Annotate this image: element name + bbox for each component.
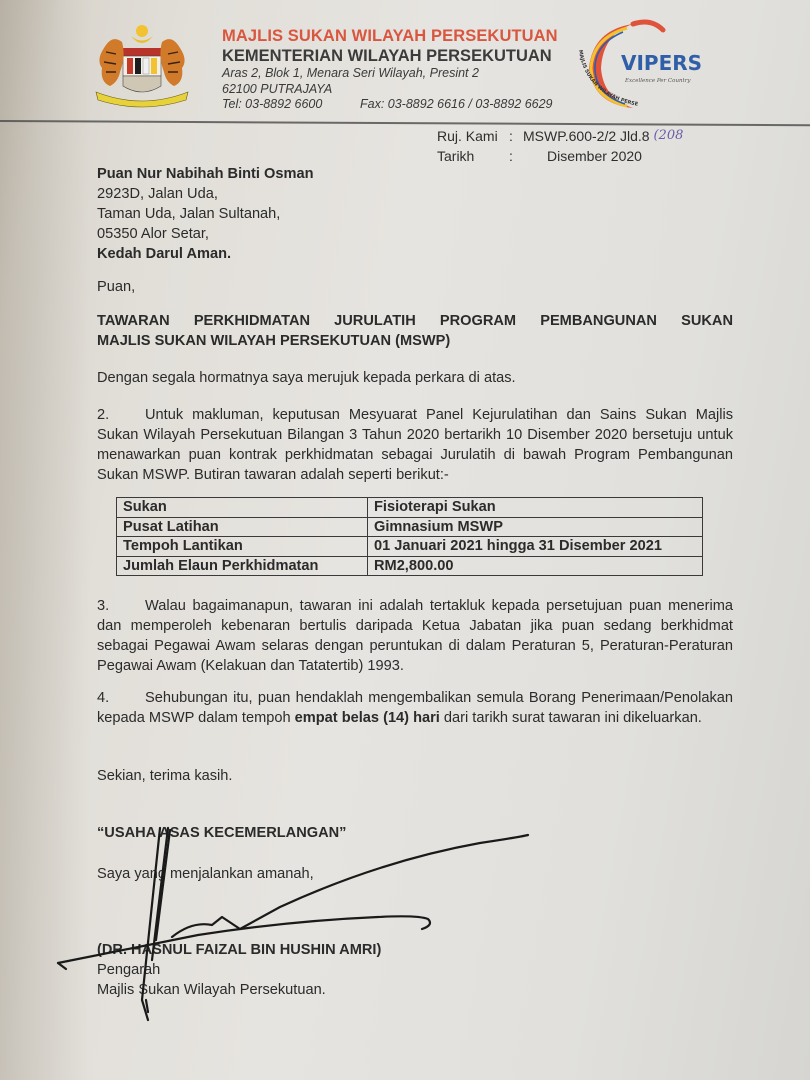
paragraph-number: 3. xyxy=(97,596,145,616)
telephone: Tel: 03-8892 6600 xyxy=(222,97,360,113)
recipient-name: Puan Nur Nabihah Binti Osman xyxy=(97,164,733,184)
paragraph-3-text: Walau bagaimanapun, tawaran ini adalah t… xyxy=(97,598,733,674)
deadline-emphasis: empat belas (14) hari xyxy=(295,710,440,726)
table-value: RM2,800.00 xyxy=(368,556,703,576)
motto: “USAHA ASAS KECEMERLANGAN” xyxy=(97,823,733,843)
paragraph-2: 2.Untuk makluman, keputusan Mesyuarat Pa… xyxy=(97,405,733,485)
table-value: Fisioterapi Sukan xyxy=(368,498,703,518)
letter-page: MAJLIS SUKAN WILAYAH PERSEKUTUAN KEMENTE… xyxy=(0,0,810,1080)
recipient-address: Puan Nur Nabihah Binti Osman 2923D, Jala… xyxy=(97,164,733,264)
offer-details-table: Sukan Fisioterapi Sukan Pusat Latihan Gi… xyxy=(116,497,703,576)
ref-handwritten-number: (208 xyxy=(653,126,683,146)
table-row: Pusat Latihan Gimnasium MSWP xyxy=(117,517,703,537)
paragraph-number: 2. xyxy=(97,405,145,425)
letterhead: MAJLIS SUKAN WILAYAH PERSEKUTUAN KEMENTE… xyxy=(222,26,558,113)
subject-line2: MAJLIS SUKAN WILAYAH PERSEKUTUAN (MSWP) xyxy=(97,333,450,349)
ref-label: Ruj. Kami xyxy=(437,126,509,146)
paragraph-3: 3.Walau bagaimanapun, tawaran ini adalah… xyxy=(97,596,733,676)
paragraph-1: Dengan segala hormatnya saya merujuk kep… xyxy=(97,368,733,388)
table-row: Jumlah Elaun Perkhidmatan RM2,800.00 xyxy=(117,556,703,576)
paragraph-number: 4. xyxy=(97,688,145,708)
svg-text:Excellence Per Country: Excellence Per Country xyxy=(624,78,691,84)
paragraph-4-text-end: dari tarikh surat tawaran ini dikeluarka… xyxy=(440,710,702,726)
table-row: Tempoh Lantikan 01 Januari 2021 hingga 3… xyxy=(117,537,703,557)
address-line1: Aras 2, Blok 1, Menara Seri Wilayah, Pre… xyxy=(222,66,558,82)
table-key: Jumlah Elaun Perkhidmatan xyxy=(117,556,368,576)
table-row: Sukan Fisioterapi Sukan xyxy=(117,498,703,518)
paragraph-4: 4.Sehubungan itu, puan hendaklah mengemb… xyxy=(97,688,733,728)
recipient-line3: 05350 Alor Setar, xyxy=(97,224,733,244)
address-line2: 62100 PUTRAJAYA xyxy=(222,82,558,98)
subject-heading: TAWARAN PERKHIDMATAN JURULATIH PROGRAM P… xyxy=(97,311,733,351)
recipient-line2: Taman Uda, Jalan Sultanah, xyxy=(97,204,733,224)
date-label: Tarikh xyxy=(437,146,509,166)
vipers-logo-icon: VIPERS Excellence Per Country MAJLIS SUK… xyxy=(573,16,708,112)
reference-block: Ruj. Kami : MSWP.600-2/2 Jld.8 (208 Tari… xyxy=(437,126,683,166)
recipient-line1: 2923D, Jalan Uda, xyxy=(97,184,733,204)
org-name: MAJLIS SUKAN WILAYAH PERSEKUTUAN xyxy=(222,26,558,46)
fax: Fax: 03-8892 6616 / 03-8892 6629 xyxy=(360,97,553,113)
header-divider xyxy=(0,120,810,126)
malaysia-coat-of-arms-icon xyxy=(90,22,194,108)
salutation: Puan, xyxy=(97,277,733,297)
svg-text:VIPERS: VIPERS xyxy=(621,51,702,75)
ministry-name: KEMENTERIAN WILAYAH PERSEKUTUAN xyxy=(222,46,558,66)
date-value: Disember 2020 xyxy=(523,146,642,166)
closing: Sekian, terima kasih. xyxy=(97,766,733,786)
ref-value: MSWP.600-2/2 Jld.8 xyxy=(523,126,650,146)
table-value: Gimnasium MSWP xyxy=(368,517,703,537)
table-value: 01 Januari 2021 hingga 31 Disember 2021 xyxy=(368,537,703,557)
subject-line1: TAWARAN PERKHIDMATAN JURULATIH PROGRAM P… xyxy=(97,311,733,331)
signatory-org: Majlis Sukan Wilayah Persekutuan. xyxy=(97,980,733,1000)
recipient-line4: Kedah Darul Aman. xyxy=(97,244,733,264)
signatory-title: Pengarah xyxy=(97,960,733,980)
table-key: Sukan xyxy=(117,498,368,518)
table-key: Pusat Latihan xyxy=(117,517,368,537)
signatory-name: (DR. HASNUL FAIZAL BIN HUSHIN AMRI) xyxy=(97,940,733,960)
signoff: Saya yang menjalankan amanah, xyxy=(97,864,733,884)
paragraph-2-text: Untuk makluman, keputusan Mesyuarat Pane… xyxy=(97,407,733,483)
table-key: Tempoh Lantikan xyxy=(117,537,368,557)
